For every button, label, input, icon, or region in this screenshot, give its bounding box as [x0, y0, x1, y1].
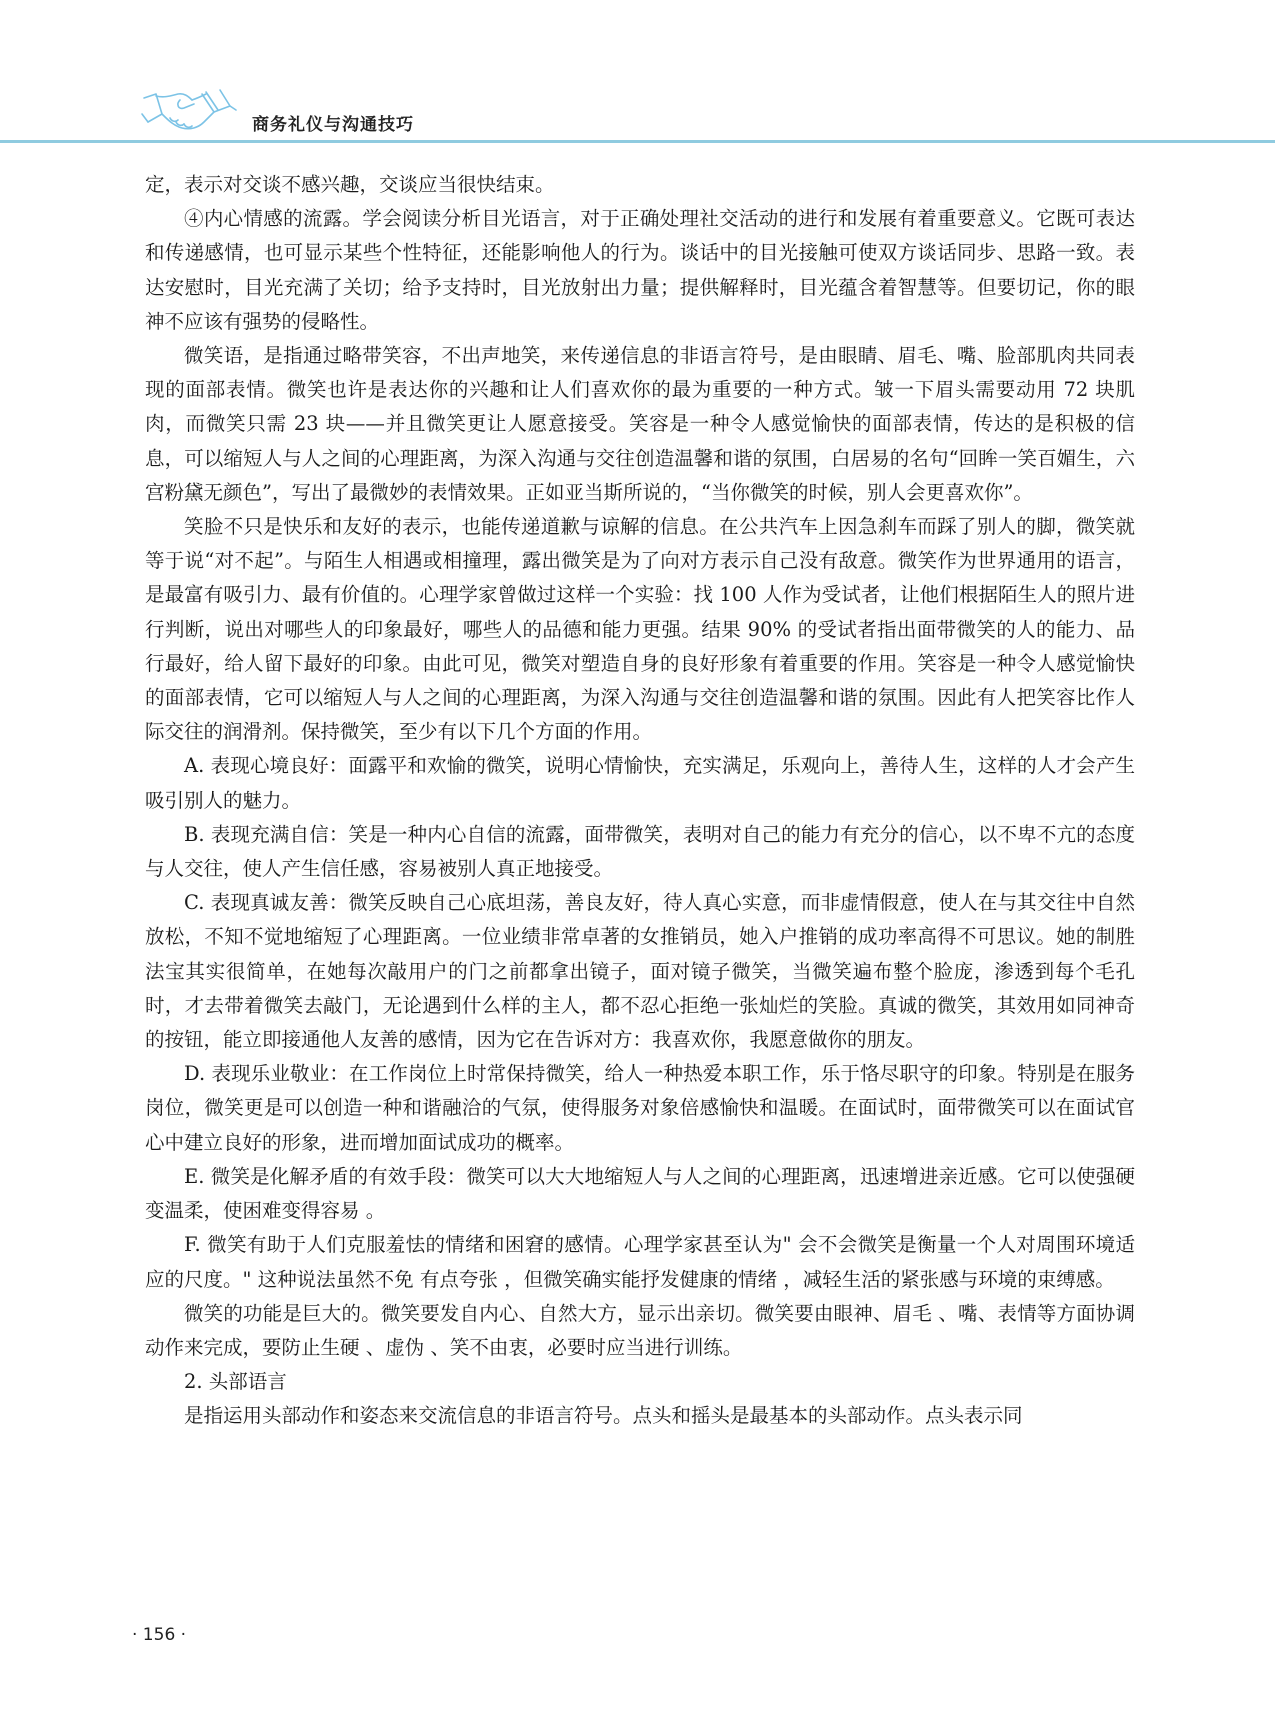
paragraph: F. 微笑有助于人们克服羞怯的情绪和困窘的感情。心理学家甚至认为" 会不会微笑是…: [145, 1228, 1135, 1296]
paragraph: 微笑语，是指通过略带笑容，不出声地笑，来传递信息的非语言符号，是由眼睛、眉毛、嘴…: [145, 339, 1135, 510]
handshake-icon: [140, 84, 240, 134]
book-title: 商务礼仪与沟通技巧: [252, 110, 414, 135]
body-text: 定，表示对交谈不感兴趣，交谈应当很快结束。④内心情感的流露。学会阅读分析目光语言…: [145, 168, 1135, 1434]
paragraph: B. 表现充满自信：笑是一种内心自信的流露，面带微笑，表明对自己的能力有充分的信…: [145, 818, 1135, 886]
paragraph: E. 微笑是化解矛盾的有效手段：微笑可以大大地缩短人与人之间的心理距离，迅速增进…: [145, 1160, 1135, 1228]
paragraph: A. 表现心境良好：面露平和欢愉的微笑，说明心情愉快，充实满足，乐观向上，善待人…: [145, 749, 1135, 817]
paragraph: 是指运用头部动作和姿态来交流信息的非语言符号。点头和摇头是最基本的头部动作。点头…: [145, 1399, 1135, 1433]
paragraph: 2. 头部语言: [145, 1365, 1135, 1399]
header-divider: [0, 140, 1275, 143]
paragraph: 微笑的功能是巨大的。微笑要发自内心、自然大方，显示出亲切。微笑要由眼神、眉毛 、…: [145, 1297, 1135, 1365]
paragraph: 笑脸不只是快乐和友好的表示，也能传递道歉与谅解的信息。在公共汽车上因急刹车而踩了…: [145, 510, 1135, 749]
paragraph: 定，表示对交谈不感兴趣，交谈应当很快结束。: [145, 168, 1135, 202]
paragraph: ④内心情感的流露。学会阅读分析目光语言，对于正确处理社交活动的进行和发展有着重要…: [145, 202, 1135, 339]
paragraph: D. 表现乐业敬业：在工作岗位上时常保持微笑，给人一种热爱本职工作，乐于恪尽职守…: [145, 1057, 1135, 1160]
page-number: · 156 ·: [132, 1625, 186, 1645]
running-header: 商务礼仪与沟通技巧: [0, 80, 1275, 144]
paragraph: C. 表现真诚友善：微笑反映自己心底坦荡，善良友好，待人真心实意，而非虚情假意，…: [145, 886, 1135, 1057]
